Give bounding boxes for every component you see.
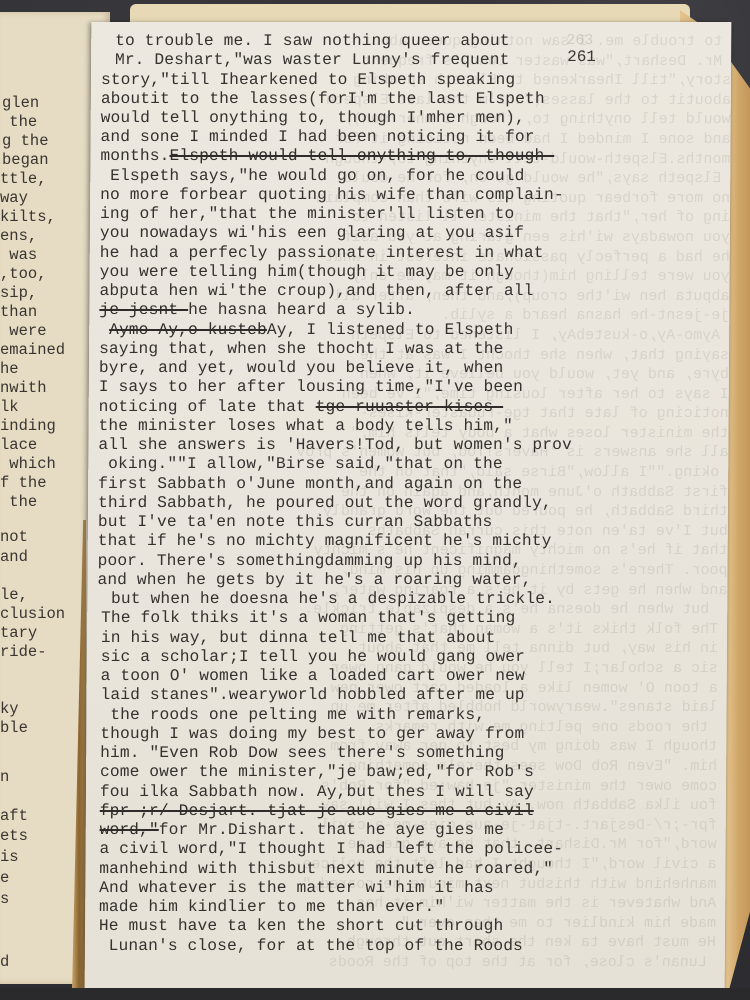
left-text-fragment: ,too,: [0, 265, 47, 285]
text-line: months.Elspeth-would-tell-onything-to,-t…: [100, 147, 554, 165]
manuscript-page: to trouble me. I saw nothing queer about…: [85, 22, 732, 990]
left-text-fragment: was: [0, 246, 37, 266]
left-text-fragment: began: [2, 151, 49, 171]
struck-text: Elspeth-would-tell-onything-to,-though-: [169, 147, 554, 165]
left-text-fragment: which: [0, 455, 56, 475]
line-text: months.: [100, 147, 169, 165]
left-text-fragment: d: [0, 953, 9, 973]
left-text-fragment: nwith: [0, 379, 47, 399]
text-line: first Sabbath o'June month,and again on …: [98, 475, 522, 493]
text-line: he had a perfecly passionate interest in…: [100, 244, 544, 262]
table-surface-bottom: [0, 988, 750, 1000]
left-text-fragment: ttle,: [0, 170, 47, 190]
text-line: saying that, when she thocht I was at th…: [99, 340, 504, 358]
text-line: He must have ta ken the short cut throug…: [89, 917, 503, 935]
text-line: byre, and yet, would you believe it, whe…: [99, 359, 504, 377]
left-text-fragment: clusion: [0, 605, 65, 625]
text-line: oking.""I allow,"Birse said,"that on the: [98, 455, 503, 473]
left-text-fragment: is: [0, 848, 19, 868]
left-text-fragment: glen: [2, 94, 39, 114]
line-text: [99, 321, 109, 339]
text-line: that if he's no michty magnificent he's …: [98, 532, 552, 550]
text-line: story,"till Ihearkened to Elspeth speaki…: [101, 71, 515, 89]
left-text-fragment: were: [0, 322, 47, 342]
left-text-fragment: tary: [0, 624, 37, 644]
left-text-fragment: kilts,: [0, 208, 56, 228]
left-text-fragment: emained: [0, 341, 65, 361]
line-text: he hasna heard a sylib.: [188, 301, 415, 319]
left-text-fragment: aft: [0, 807, 28, 827]
text-line: laid stanes".wearyworld hobbled after me…: [91, 686, 525, 704]
text-line: Elspeth says,"he would go on, for he cou…: [100, 167, 524, 185]
text-line: in his way, but dinna tell me that about: [91, 629, 496, 647]
text-line: would tell onything to, though I'mher me…: [101, 109, 525, 127]
left-text-fragment: and: [0, 548, 28, 568]
struck-text: word,": [100, 821, 159, 839]
left-text-fragment: ble: [0, 719, 28, 739]
left-text-fragment: lk: [0, 398, 19, 418]
left-text-fragment: ens,: [0, 227, 37, 247]
text-line: though I was doing my best to ger away f…: [90, 725, 524, 743]
text-line: Mr. Deshart,"was waster Lunny's frequent: [105, 51, 510, 69]
text-line: Lunan's close, for at the top of the Roo…: [89, 937, 523, 955]
text-line: The folk thiks it's a woman that's getti…: [91, 609, 515, 627]
line-text: for Mr.Dishart. that he aye gies me: [159, 821, 504, 839]
text-line: je-jesnt-he hasna heard a sylib.: [99, 301, 415, 319]
text-line: manhehind with thisbut next minute he ro…: [89, 860, 553, 878]
left-text-fragment: he: [0, 360, 19, 380]
text-line: and when he gets by it he's a roaring wa…: [97, 571, 531, 589]
left-text-fragment: not: [0, 528, 28, 548]
left-text-fragment: way: [0, 189, 28, 209]
left-text-fragment: ets: [0, 827, 28, 847]
text-line: sic a scholar;I tell you he would gang o…: [91, 648, 525, 666]
text-line: the minister loses what a body tells him…: [98, 417, 512, 435]
left-text-fragment: f the: [0, 474, 47, 494]
left-text-fragment: le,: [0, 586, 28, 606]
text-line: you nowadays wi'his een glaring at you a…: [100, 224, 524, 242]
left-text-fragment: g the: [2, 132, 49, 152]
struck-text: tge-ruuaster-kises-: [316, 398, 504, 416]
left-text-fragment: lace: [0, 436, 37, 456]
text-line: the roods one pelting me with remarks,: [90, 706, 485, 724]
text-line: to trouble me. I saw nothing queer about: [105, 32, 510, 50]
text-line: made him kindlier to me than ever.": [89, 898, 444, 916]
text-line: but I've ta'en note this curran Sabbaths: [98, 513, 493, 531]
left-text-fragment: inding: [0, 417, 56, 437]
page-number: 261: [567, 48, 596, 66]
left-text-fragment: the: [0, 113, 37, 133]
line-text: Ay, I listened to Elspeth: [267, 321, 514, 339]
text-line: word,"for Mr.Dishart. that he aye gies m…: [90, 821, 504, 839]
text-line: fpr-;r/-Desjart.-tjat-je-aue-gies-me-a-c…: [90, 802, 534, 820]
struck-text: fpr-;r/-Desjart.-tjat-je-aue-gies-me-a-c…: [100, 802, 534, 820]
struck-text: Aymo-Ay,o-kusteb: [109, 321, 267, 339]
left-text-fragment: the: [0, 493, 37, 513]
text-line: ing of her,"that the minister'll listen …: [100, 205, 514, 223]
text-line: noticing of late that tge-ruuaster-kises…: [99, 398, 504, 416]
text-line: a civil word,"I thought I had left the p…: [90, 840, 564, 858]
text-line: all she answers is 'Havers!Tod, but wome…: [98, 436, 572, 454]
text-line: but when he doesna he's a despizable tri…: [91, 590, 555, 608]
left-text-fragment: sip,: [0, 284, 37, 304]
text-line: abputa hen wi'the croup),and then, after…: [99, 282, 533, 300]
text-line: him. "Even Rob Dow sees there's somethin…: [90, 744, 504, 762]
text-line: no more forbear quoting his wife than co…: [100, 186, 564, 204]
line-text: [90, 802, 100, 820]
text-line: I says to her after lousing time,"I've b…: [99, 378, 523, 396]
text-line: third Sabbath, he poured out the word gr…: [98, 494, 552, 512]
text-line: come ower the minister,"je baw;ed,"for R…: [90, 763, 534, 781]
left-text-fragment: e: [0, 869, 9, 889]
text-line: aboutit to the lasses(forI'm the last El…: [101, 90, 545, 108]
text-line: And whatever is the matter wi'him it has: [89, 879, 494, 897]
line-text: noticing of late that: [99, 398, 316, 416]
left-text-fragment: ky: [0, 700, 19, 720]
left-text-fragment: s: [0, 890, 9, 910]
text-line: Aymo-Ay,o-kustebAy, I listened to Elspet…: [99, 321, 513, 339]
ghost-page-number: 263: [566, 32, 593, 49]
left-text-fragment: than: [0, 303, 37, 323]
left-text-fragment: n: [0, 768, 9, 788]
text-line: a toon O' women like a loaded cart ower …: [91, 667, 525, 685]
struck-text: je-jesnt-: [99, 301, 188, 319]
text-line: fou ilka Sabbath now. Ay,but thes I will…: [90, 783, 534, 801]
line-text: [90, 821, 100, 839]
text-line: poor. There's somethingdamming up his mi…: [98, 552, 522, 570]
left-text-fragment: ride-: [0, 643, 47, 663]
text-line: you were telling him(though it may be on…: [100, 263, 514, 281]
text-line: and sone I minded I had been noticing it…: [101, 128, 535, 146]
